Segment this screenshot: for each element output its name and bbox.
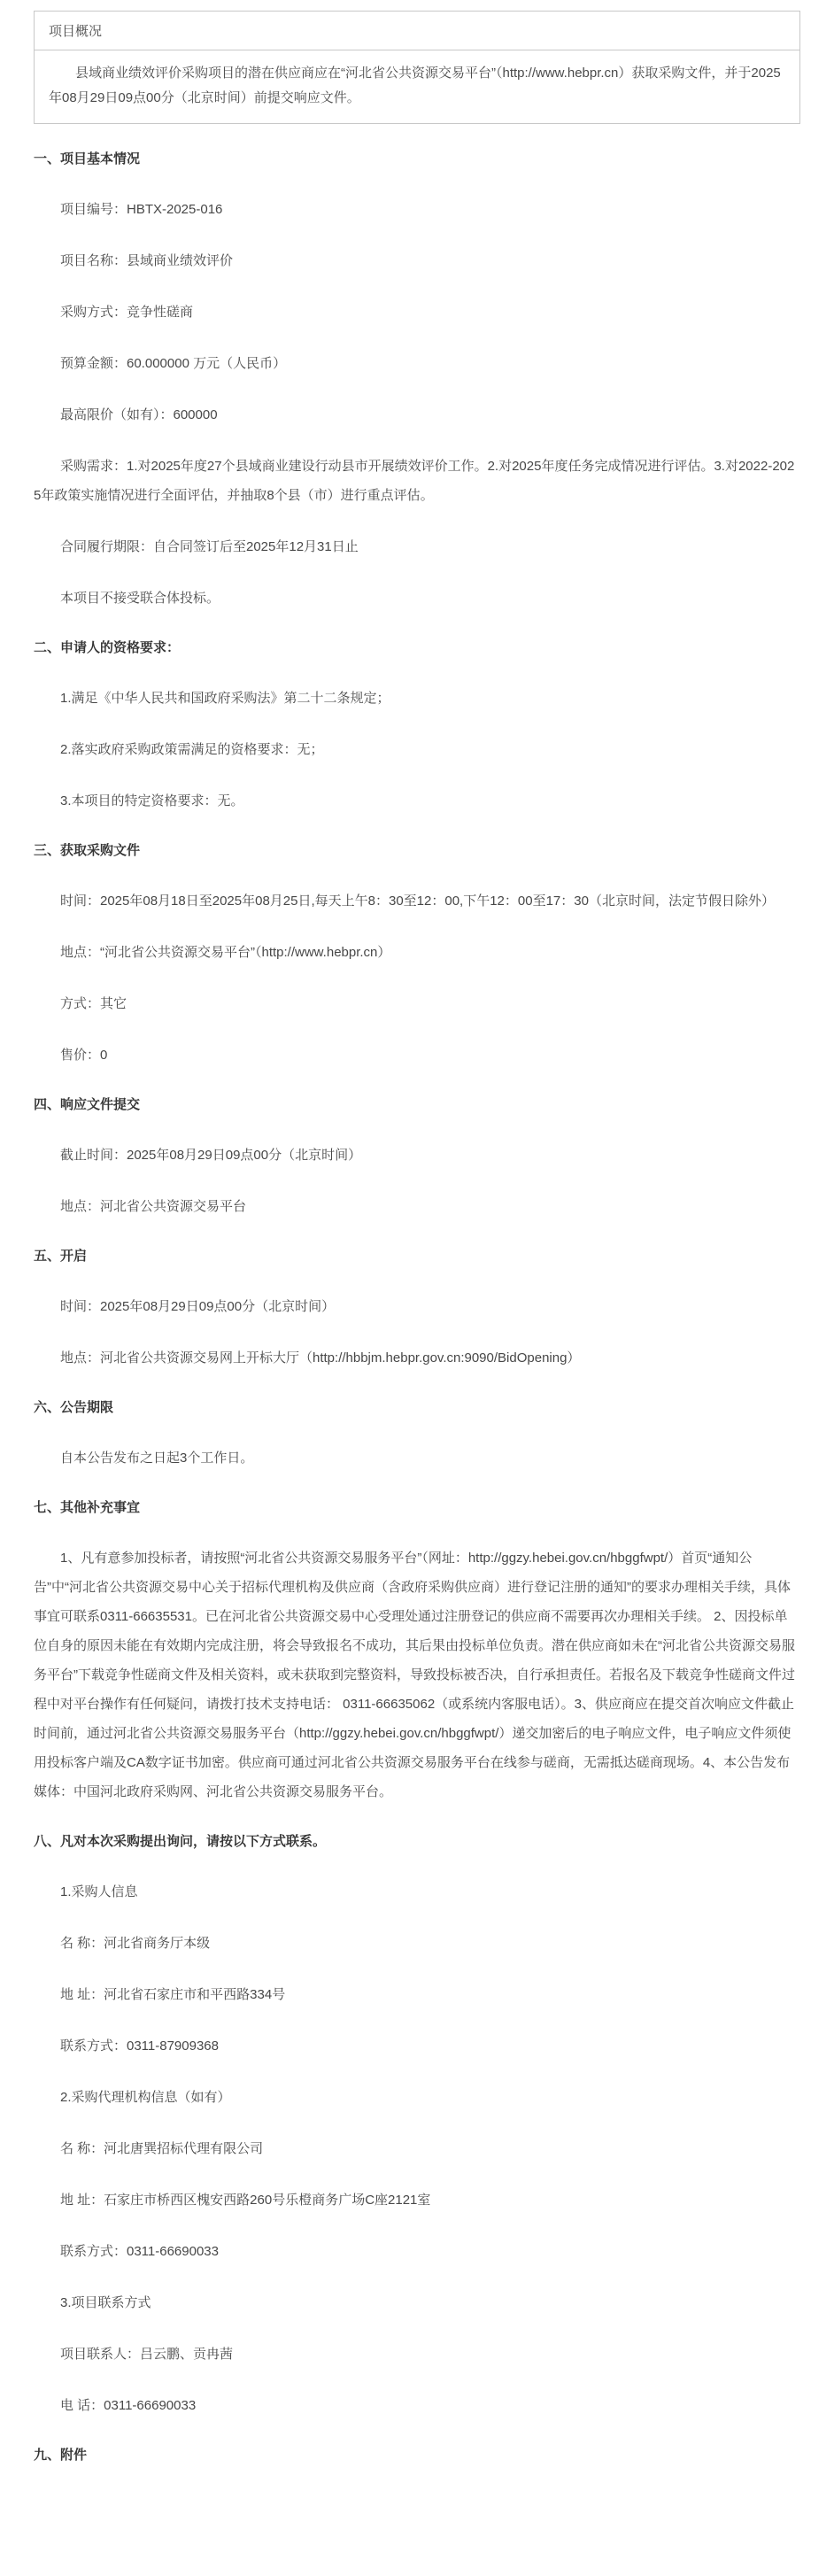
section-paragraph: 地 址：石家庄市桥西区槐安西路260号乐橙商务广场C座2121室	[34, 2185, 800, 2215]
section-paragraph: 项目名称：县域商业绩效评价	[34, 246, 800, 275]
section-heading: 二、申请人的资格要求：	[34, 638, 800, 658]
section-heading: 八、凡对本次采购提出询问，请按以下方式联系。	[34, 1832, 800, 1852]
section-paragraph: 地点：河北省公共资源交易网上开标大厅（http://hbbjm.hebpr.go…	[34, 1343, 800, 1373]
section-heading: 七、其他补充事宜	[34, 1498, 800, 1518]
section-paragraph: 项目联系人：吕云鹏、贡冉茜	[34, 2340, 800, 2369]
section-paragraph: 联系方式：0311-66690033	[34, 2237, 800, 2266]
section-heading: 六、公告期限	[34, 1398, 800, 1418]
section-heading: 九、附件	[34, 2446, 800, 2465]
section-heading: 三、获取采购文件	[34, 841, 800, 861]
section-paragraph: 2.采购代理机构信息（如有）	[34, 2083, 800, 2112]
section-paragraph: 地 址：河北省石家庄市和平西路334号	[34, 1980, 800, 2009]
section-paragraph: 自本公告发布之日起3个工作日。	[34, 1443, 800, 1473]
section-paragraph: 本项目不接受联合体投标。	[34, 584, 800, 613]
section-paragraph: 最高限价（如有）：600000	[34, 400, 800, 429]
section-paragraph: 1.采购人信息	[34, 1877, 800, 1907]
section-heading: 一、项目基本情况	[34, 150, 800, 169]
section-paragraph: 采购需求：1.对2025年度27个县域商业建设行动县市开展绩效评价工作。2.对2…	[34, 452, 800, 510]
section-paragraph: 2.落实政府采购政策需满足的资格要求：无；	[34, 735, 800, 764]
section-paragraph: 地点：“河北省公共资源交易平台”（http://www.hebpr.cn）	[34, 938, 800, 967]
section-paragraph: 联系方式：0311-87909368	[34, 2031, 800, 2061]
section-paragraph: 方式：其它	[34, 989, 800, 1018]
section-paragraph: 名 称：河北省商务厅本级	[34, 1929, 800, 1958]
announcement-page: 项目概况 县域商业绩效评价采购项目的潜在供应商应在“河北省公共资源交易平台”（h…	[0, 0, 834, 2526]
section-paragraph: 1、凡有意参加投标者，请按照“河北省公共资源交易服务平台”（网址：http://…	[34, 1543, 800, 1806]
project-overview-title: 项目概况	[35, 12, 799, 50]
section-paragraph: 3.项目联系方式	[34, 2288, 800, 2317]
project-overview-body: 县域商业绩效评价采购项目的潜在供应商应在“河北省公共资源交易平台”（http:/…	[35, 50, 799, 123]
section-paragraph: 时间：2025年08月18日至2025年08月25日,每天上午8：30至12：0…	[34, 886, 800, 916]
section-paragraph: 1.满足《中华人民共和国政府采购法》第二十二条规定；	[34, 684, 800, 713]
section-heading: 四、响应文件提交	[34, 1095, 800, 1115]
section-paragraph: 采购方式：竞争性磋商	[34, 298, 800, 327]
section-paragraph: 名 称：河北唐巽招标代理有限公司	[34, 2134, 800, 2163]
section-paragraph: 售价：0	[34, 1040, 800, 1070]
section-paragraph: 截止时间：2025年08月29日09点00分（北京时间）	[34, 1141, 800, 1170]
section-paragraph: 项目编号：HBTX-2025-016	[34, 195, 800, 224]
section-paragraph: 3.本项目的特定资格要求：无。	[34, 786, 800, 816]
section-paragraph: 时间：2025年08月29日09点00分（北京时间）	[34, 1292, 800, 1321]
section-paragraph: 地点：河北省公共资源交易平台	[34, 1192, 800, 1221]
project-overview-box: 项目概况 县域商业绩效评价采购项目的潜在供应商应在“河北省公共资源交易平台”（h…	[34, 11, 800, 124]
section-heading: 五、开启	[34, 1247, 800, 1266]
section-paragraph: 预算金额：60.000000 万元（人民币）	[34, 349, 800, 378]
section-paragraph: 合同履行期限：自合同签订后至2025年12月31日止	[34, 532, 800, 561]
announcement-sections: 一、项目基本情况项目编号：HBTX-2025-016项目名称：县域商业绩效评价采…	[34, 150, 800, 2465]
section-paragraph: 电 话：0311-66690033	[34, 2391, 800, 2420]
